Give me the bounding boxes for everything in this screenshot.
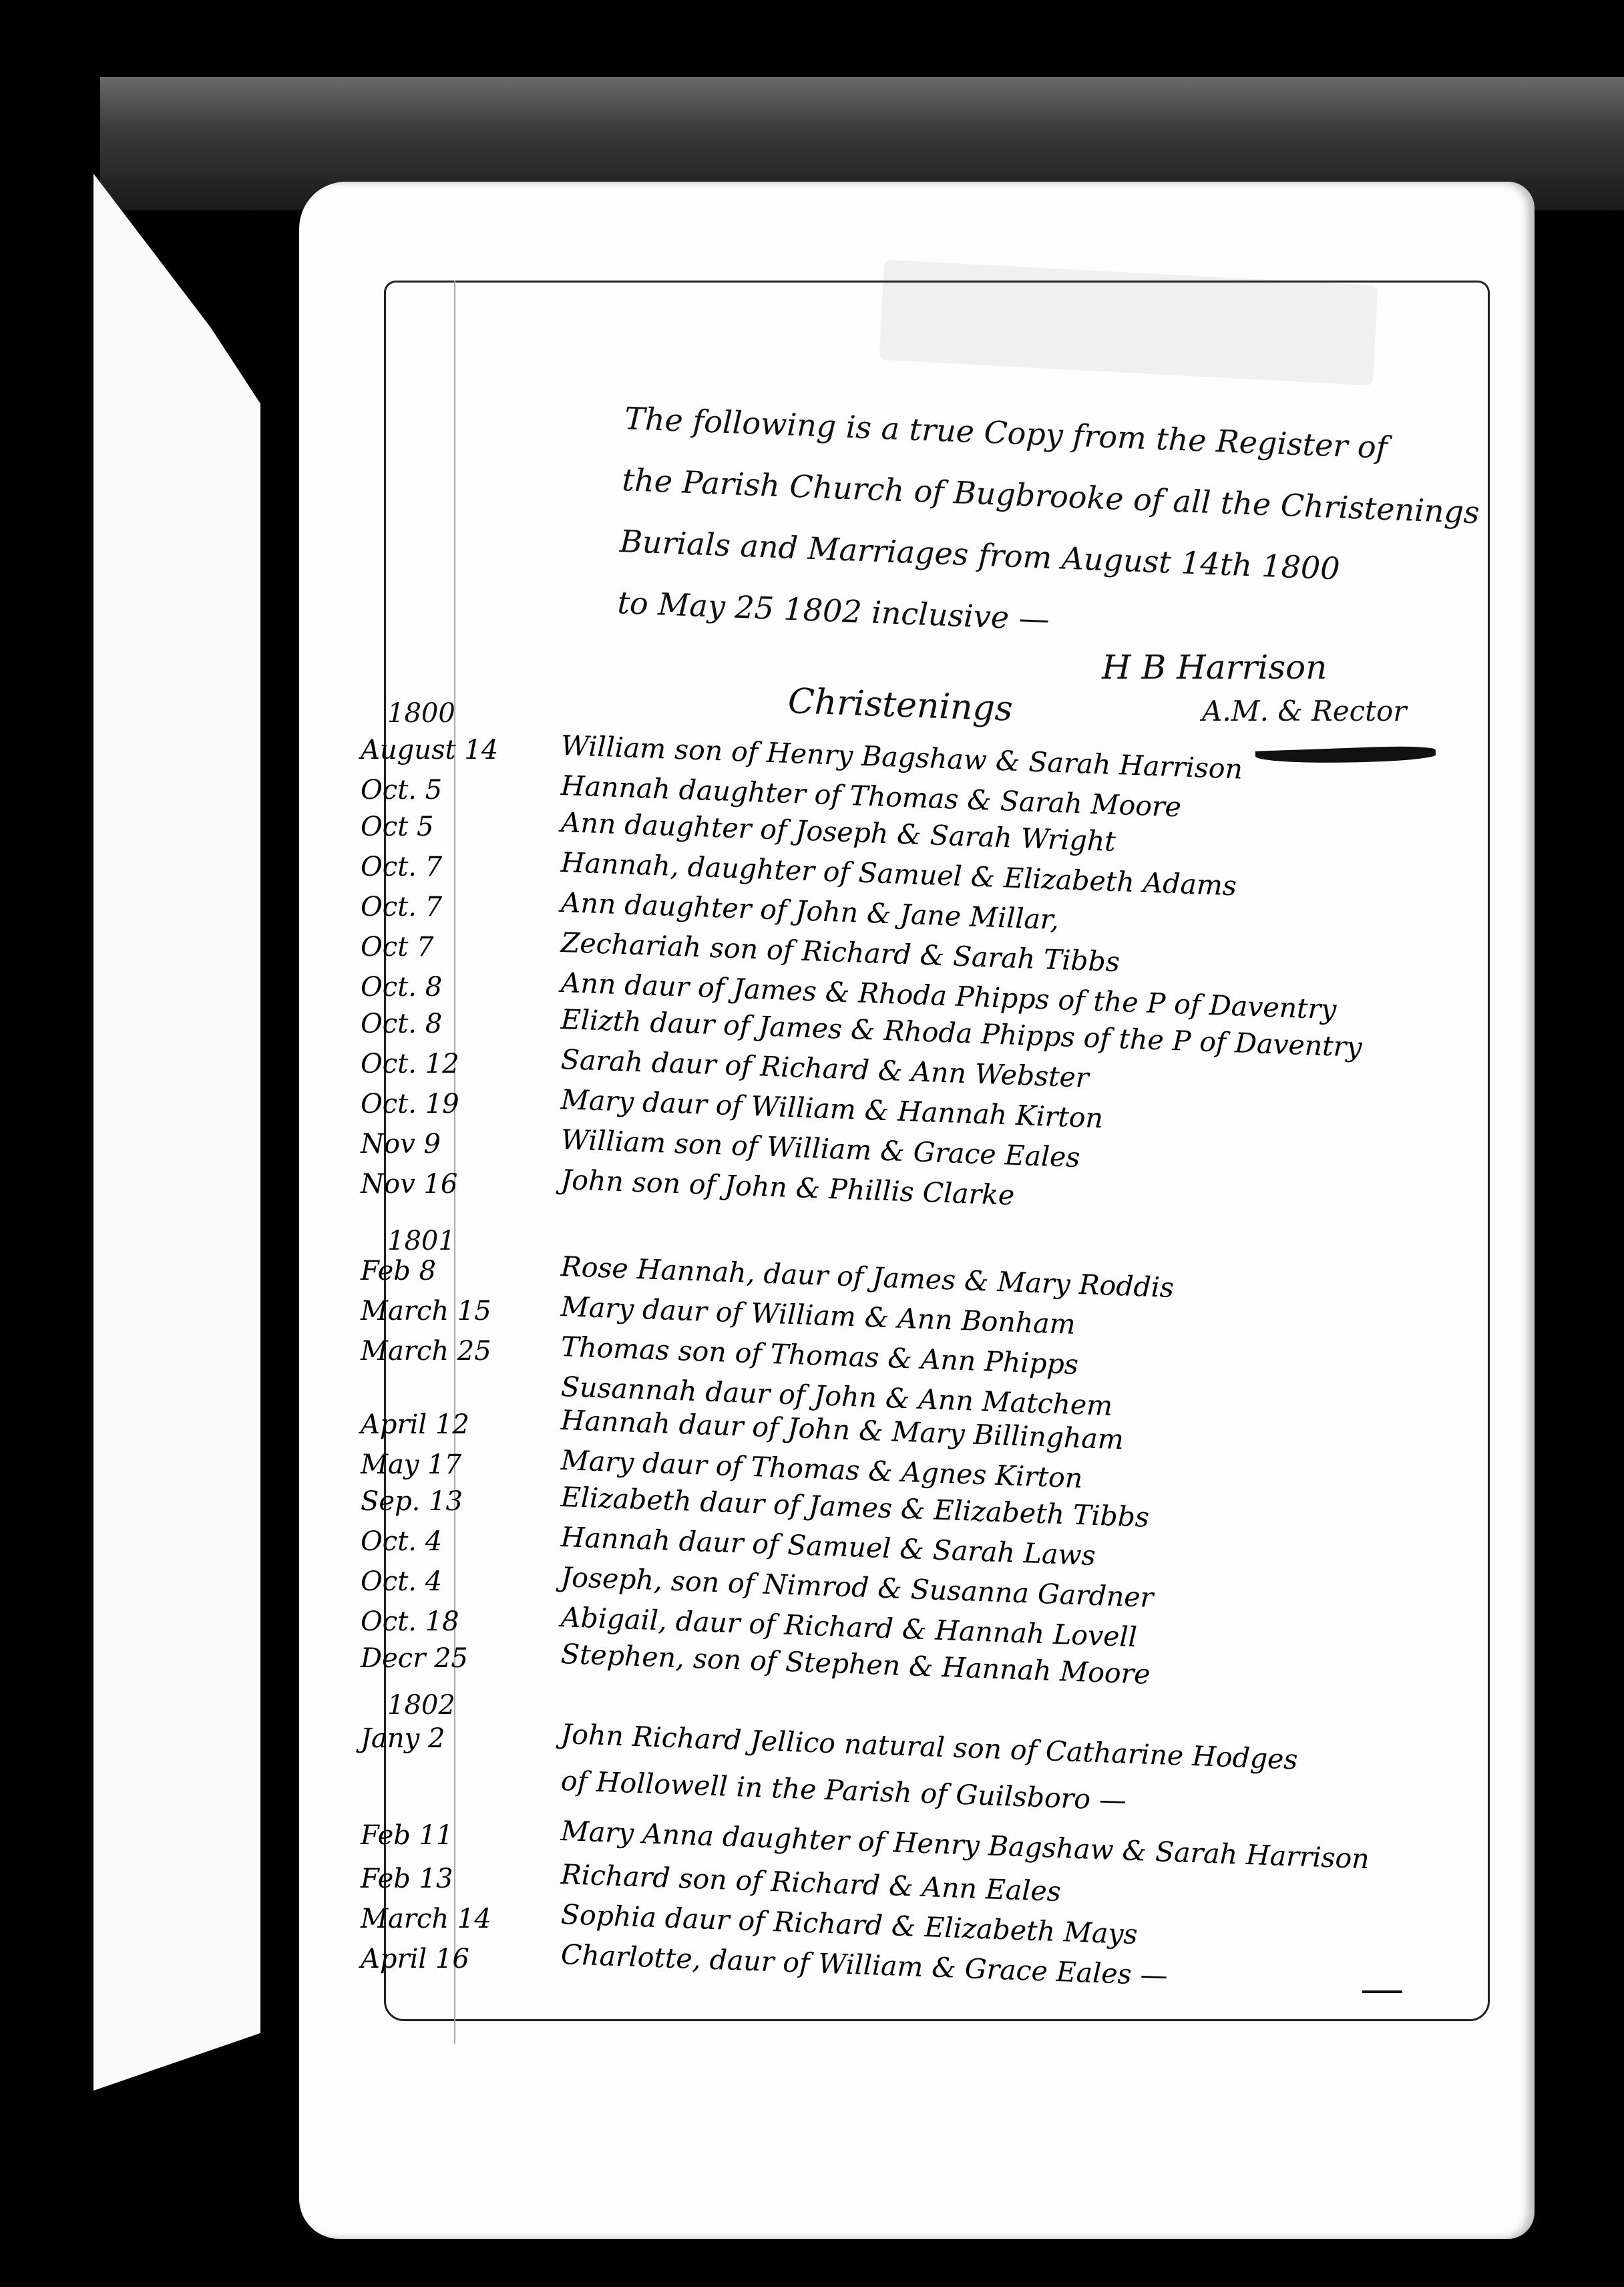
entry-date: Oct. 5 bbox=[361, 775, 541, 806]
register-entry: May 17Mary daur of Thomas & Agnes Kirton bbox=[361, 1449, 1496, 1489]
section-heading: Christenings bbox=[787, 681, 1014, 729]
entry-date: Feb 13 bbox=[361, 1864, 541, 1894]
entry-date: Oct. 4 bbox=[361, 1526, 541, 1557]
register-entry: Oct 7Zechariah son of Richard & Sarah Ti… bbox=[361, 932, 1496, 972]
entry-date: March 14 bbox=[361, 1904, 541, 1934]
register-entry: Decr 25Stephen, son of Stephen & Hannah … bbox=[361, 1643, 1496, 1683]
entry-date: March 25 bbox=[361, 1336, 541, 1367]
entry-date: Oct. 12 bbox=[361, 1049, 541, 1079]
entry-date: May 17 bbox=[361, 1449, 541, 1480]
entry-text: Stephen, son of Stephen & Hannah Moore bbox=[560, 1638, 1151, 1691]
register-entry: Oct. 12Sarah daur of Richard & Ann Webst… bbox=[361, 1049, 1496, 1089]
register-entry: Feb 11Mary Anna daughter of Henry Bagsha… bbox=[361, 1820, 1496, 1860]
register-entry: Oct. 4Hannah daur of Samuel & Sarah Laws bbox=[361, 1526, 1496, 1566]
register-entry: Oct. 5Hannah daughter of Thomas & Sarah … bbox=[361, 775, 1496, 815]
register-entry: March 15Mary daur of William & Ann Bonha… bbox=[361, 1296, 1496, 1336]
entry-date: Decr 25 bbox=[361, 1643, 541, 1674]
entry-date: Nov 16 bbox=[361, 1169, 541, 1200]
register-entry: Sep. 13Elizabeth daur of James & Elizabe… bbox=[361, 1486, 1496, 1526]
register-entry: Oct. 18Abigail, daur of Richard & Hannah… bbox=[361, 1606, 1496, 1646]
adjacent-page-edge bbox=[93, 174, 260, 2091]
entry-date: Oct. 4 bbox=[361, 1566, 541, 1597]
register-entry: Oct. 8Ann daur of James & Rhoda Phipps o… bbox=[361, 972, 1496, 1012]
register-entry: Nov 9William son of William & Grace Eale… bbox=[361, 1129, 1496, 1169]
signature-name: H B Harrison bbox=[1102, 648, 1327, 687]
entry-date: Oct. 7 bbox=[361, 892, 541, 922]
entry-date: Oct. 8 bbox=[361, 972, 541, 1003]
entry-date: Oct 5 bbox=[361, 812, 541, 842]
register-entry: March 14Sophia daur of Richard & Elizabe… bbox=[361, 1904, 1496, 1944]
register-entry: Oct 5Ann daughter of Joseph & Sarah Wrig… bbox=[361, 812, 1496, 852]
register-entry: Oct. 7Hannah, daughter of Samuel & Eliza… bbox=[361, 852, 1496, 892]
register-entry: Feb 8Rose Hannah, daur of James & Mary R… bbox=[361, 1256, 1496, 1296]
register-entry: Oct. 8Elizth daur of James & Rhoda Phipp… bbox=[361, 1009, 1496, 1049]
register-entry: March 25Thomas son of Thomas & Ann Phipp… bbox=[361, 1336, 1496, 1376]
register-entry: Oct. 19Mary daur of William & Hannah Kir… bbox=[361, 1089, 1496, 1129]
register-entry: Feb 13Richard son of Richard & Ann Eales bbox=[361, 1864, 1496, 1904]
entry-date: August 14 bbox=[361, 735, 541, 765]
register-entry: Oct. 4Joseph, son of Nimrod & Susanna Ga… bbox=[361, 1566, 1496, 1606]
entry-date: Oct. 18 bbox=[361, 1606, 541, 1637]
entry-date: Oct. 8 bbox=[361, 1009, 541, 1039]
register-entry: April 16Charlotte, daur of William & Gra… bbox=[361, 1944, 1496, 1984]
intro-paragraph: The following is a true Copy from the Re… bbox=[616, 387, 1483, 666]
entry-text: of Hollowell in the Parish of Guilsboro … bbox=[560, 1765, 1127, 1817]
year-label: 1800 bbox=[387, 698, 455, 729]
entry-date: Jany 2 bbox=[361, 1723, 541, 1754]
register-entry: of Hollowell in the Parish of Guilsboro … bbox=[361, 1770, 1496, 1810]
entry-date: Feb 8 bbox=[361, 1256, 541, 1286]
entry-date: Nov 9 bbox=[361, 1129, 541, 1160]
entry-text: Charlotte, daur of William & Grace Eales… bbox=[560, 1938, 1168, 1992]
register-entry: Jany 2John Richard Jellico natural son o… bbox=[361, 1723, 1496, 1763]
end-dash bbox=[1362, 1990, 1402, 1993]
register-entry: Oct. 7Ann daughter of John & Jane Millar… bbox=[361, 892, 1496, 932]
entry-date: Sep. 13 bbox=[361, 1486, 541, 1517]
entry-date: Oct. 7 bbox=[361, 852, 541, 882]
year-label: 1801 bbox=[387, 1226, 455, 1256]
register-entry: April 12Hannah daur of John & Mary Billi… bbox=[361, 1409, 1496, 1449]
entry-date: April 16 bbox=[361, 1944, 541, 1974]
register-entry: Nov 16John son of John & Phillis Clarke bbox=[361, 1169, 1496, 1209]
register-entry: August 14William son of Henry Bagshaw & … bbox=[361, 735, 1496, 775]
year-label: 1802 bbox=[387, 1690, 455, 1721]
entry-date: March 15 bbox=[361, 1296, 541, 1327]
entry-date: Oct 7 bbox=[361, 932, 541, 962]
entry-date: Feb 11 bbox=[361, 1820, 541, 1851]
entry-date: Oct. 19 bbox=[361, 1089, 541, 1119]
entry-text: John son of John & Phillis Clarke bbox=[560, 1164, 1015, 1212]
entry-date: April 12 bbox=[361, 1409, 541, 1440]
signature-title: A.M. & Rector bbox=[1202, 695, 1406, 727]
